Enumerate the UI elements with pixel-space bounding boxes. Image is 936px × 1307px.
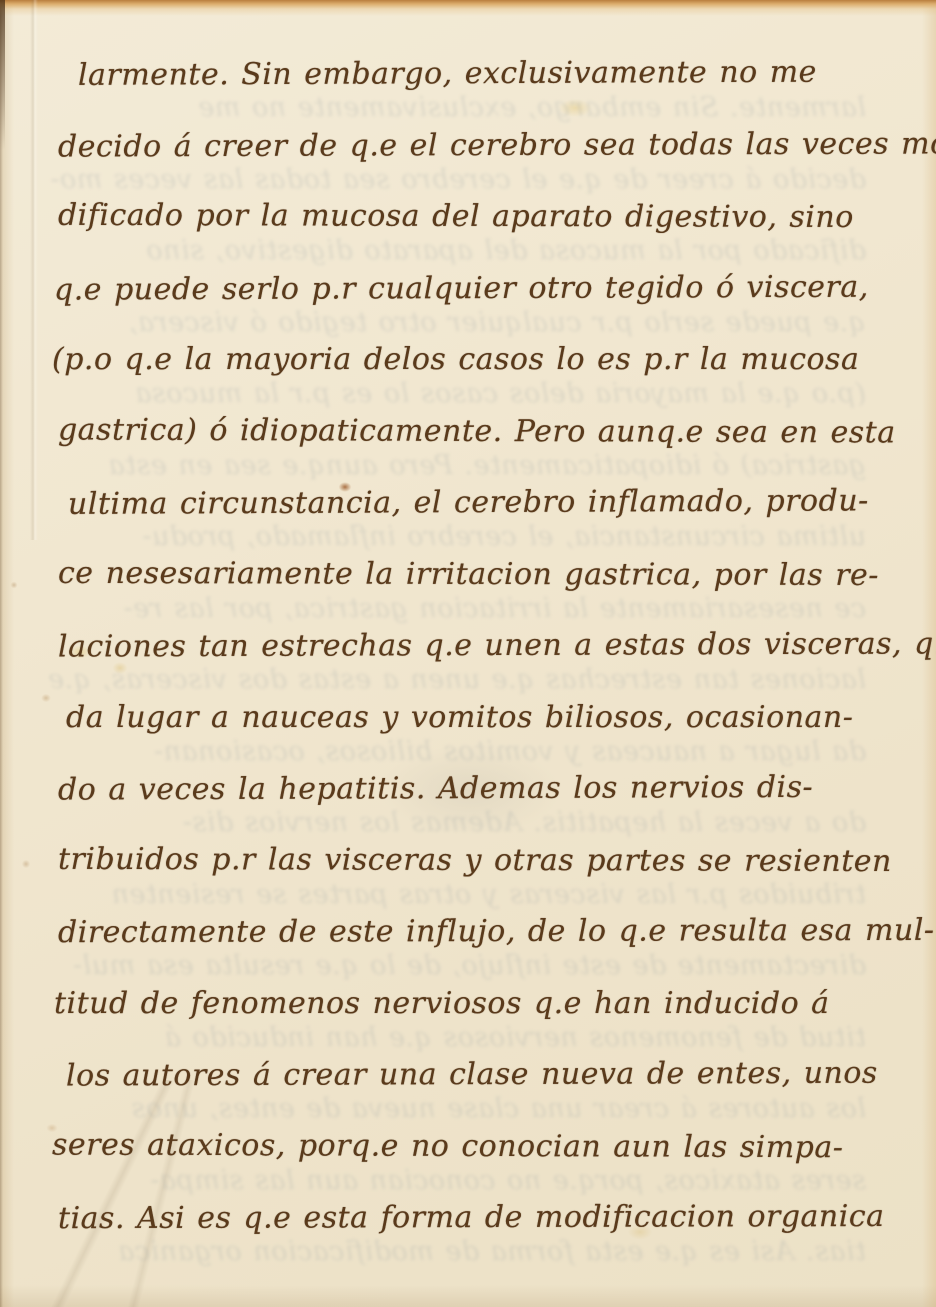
manuscript-line: tribuidos p.r las visceras y otras parte… [58,823,930,897]
manuscript-line: tias. Asi es q.e esta forma de modificac… [58,1181,930,1255]
manuscript-line: da lugar a nauceas y vomitos biliosos, o… [66,682,930,754]
manuscript-page: larmente. Sin embargo, exclusivamente no… [0,0,936,1307]
manuscript-line: titud de fenomenos nerviosos q.e han ind… [54,968,930,1040]
manuscript-line: do a veces la hepatitis. Ademas los nerv… [58,751,930,826]
manuscript-line: larmente. Sin embargo, exclusivamente no… [78,36,930,111]
manuscript-line: decido á creer de q.e el cerebro sea tod… [58,108,930,183]
manuscript-line: gastrica) ó idiopaticamente. Pero aunq.e… [58,394,930,469]
manuscript-line: directamente de este influjo, de lo q.e … [58,895,930,969]
manuscript-line: ce nesesariamente la irritacion gastrica… [58,537,930,611]
manuscript-line: (p.o q.e la mayoria delos casos lo es p.… [52,324,930,396]
manuscript-line: seres ataxicos, porq.e no conocian aun l… [52,1109,930,1184]
manuscript-line: ultima circunstancia, el cerebro inflama… [68,465,930,540]
manuscript-line: dificado por la mucosa del aparato diges… [58,180,930,254]
handwritten-text: larmente. Sin embargo, exclusivamente no… [58,38,930,1254]
manuscript-line: laciones tan estrechas q.e unen a estas … [58,608,930,683]
manuscript-line: los autores á crear una clase nueva de e… [66,1037,930,1112]
manuscript-line: q.e puede serlo p.r cualquier otro tegid… [54,251,930,326]
